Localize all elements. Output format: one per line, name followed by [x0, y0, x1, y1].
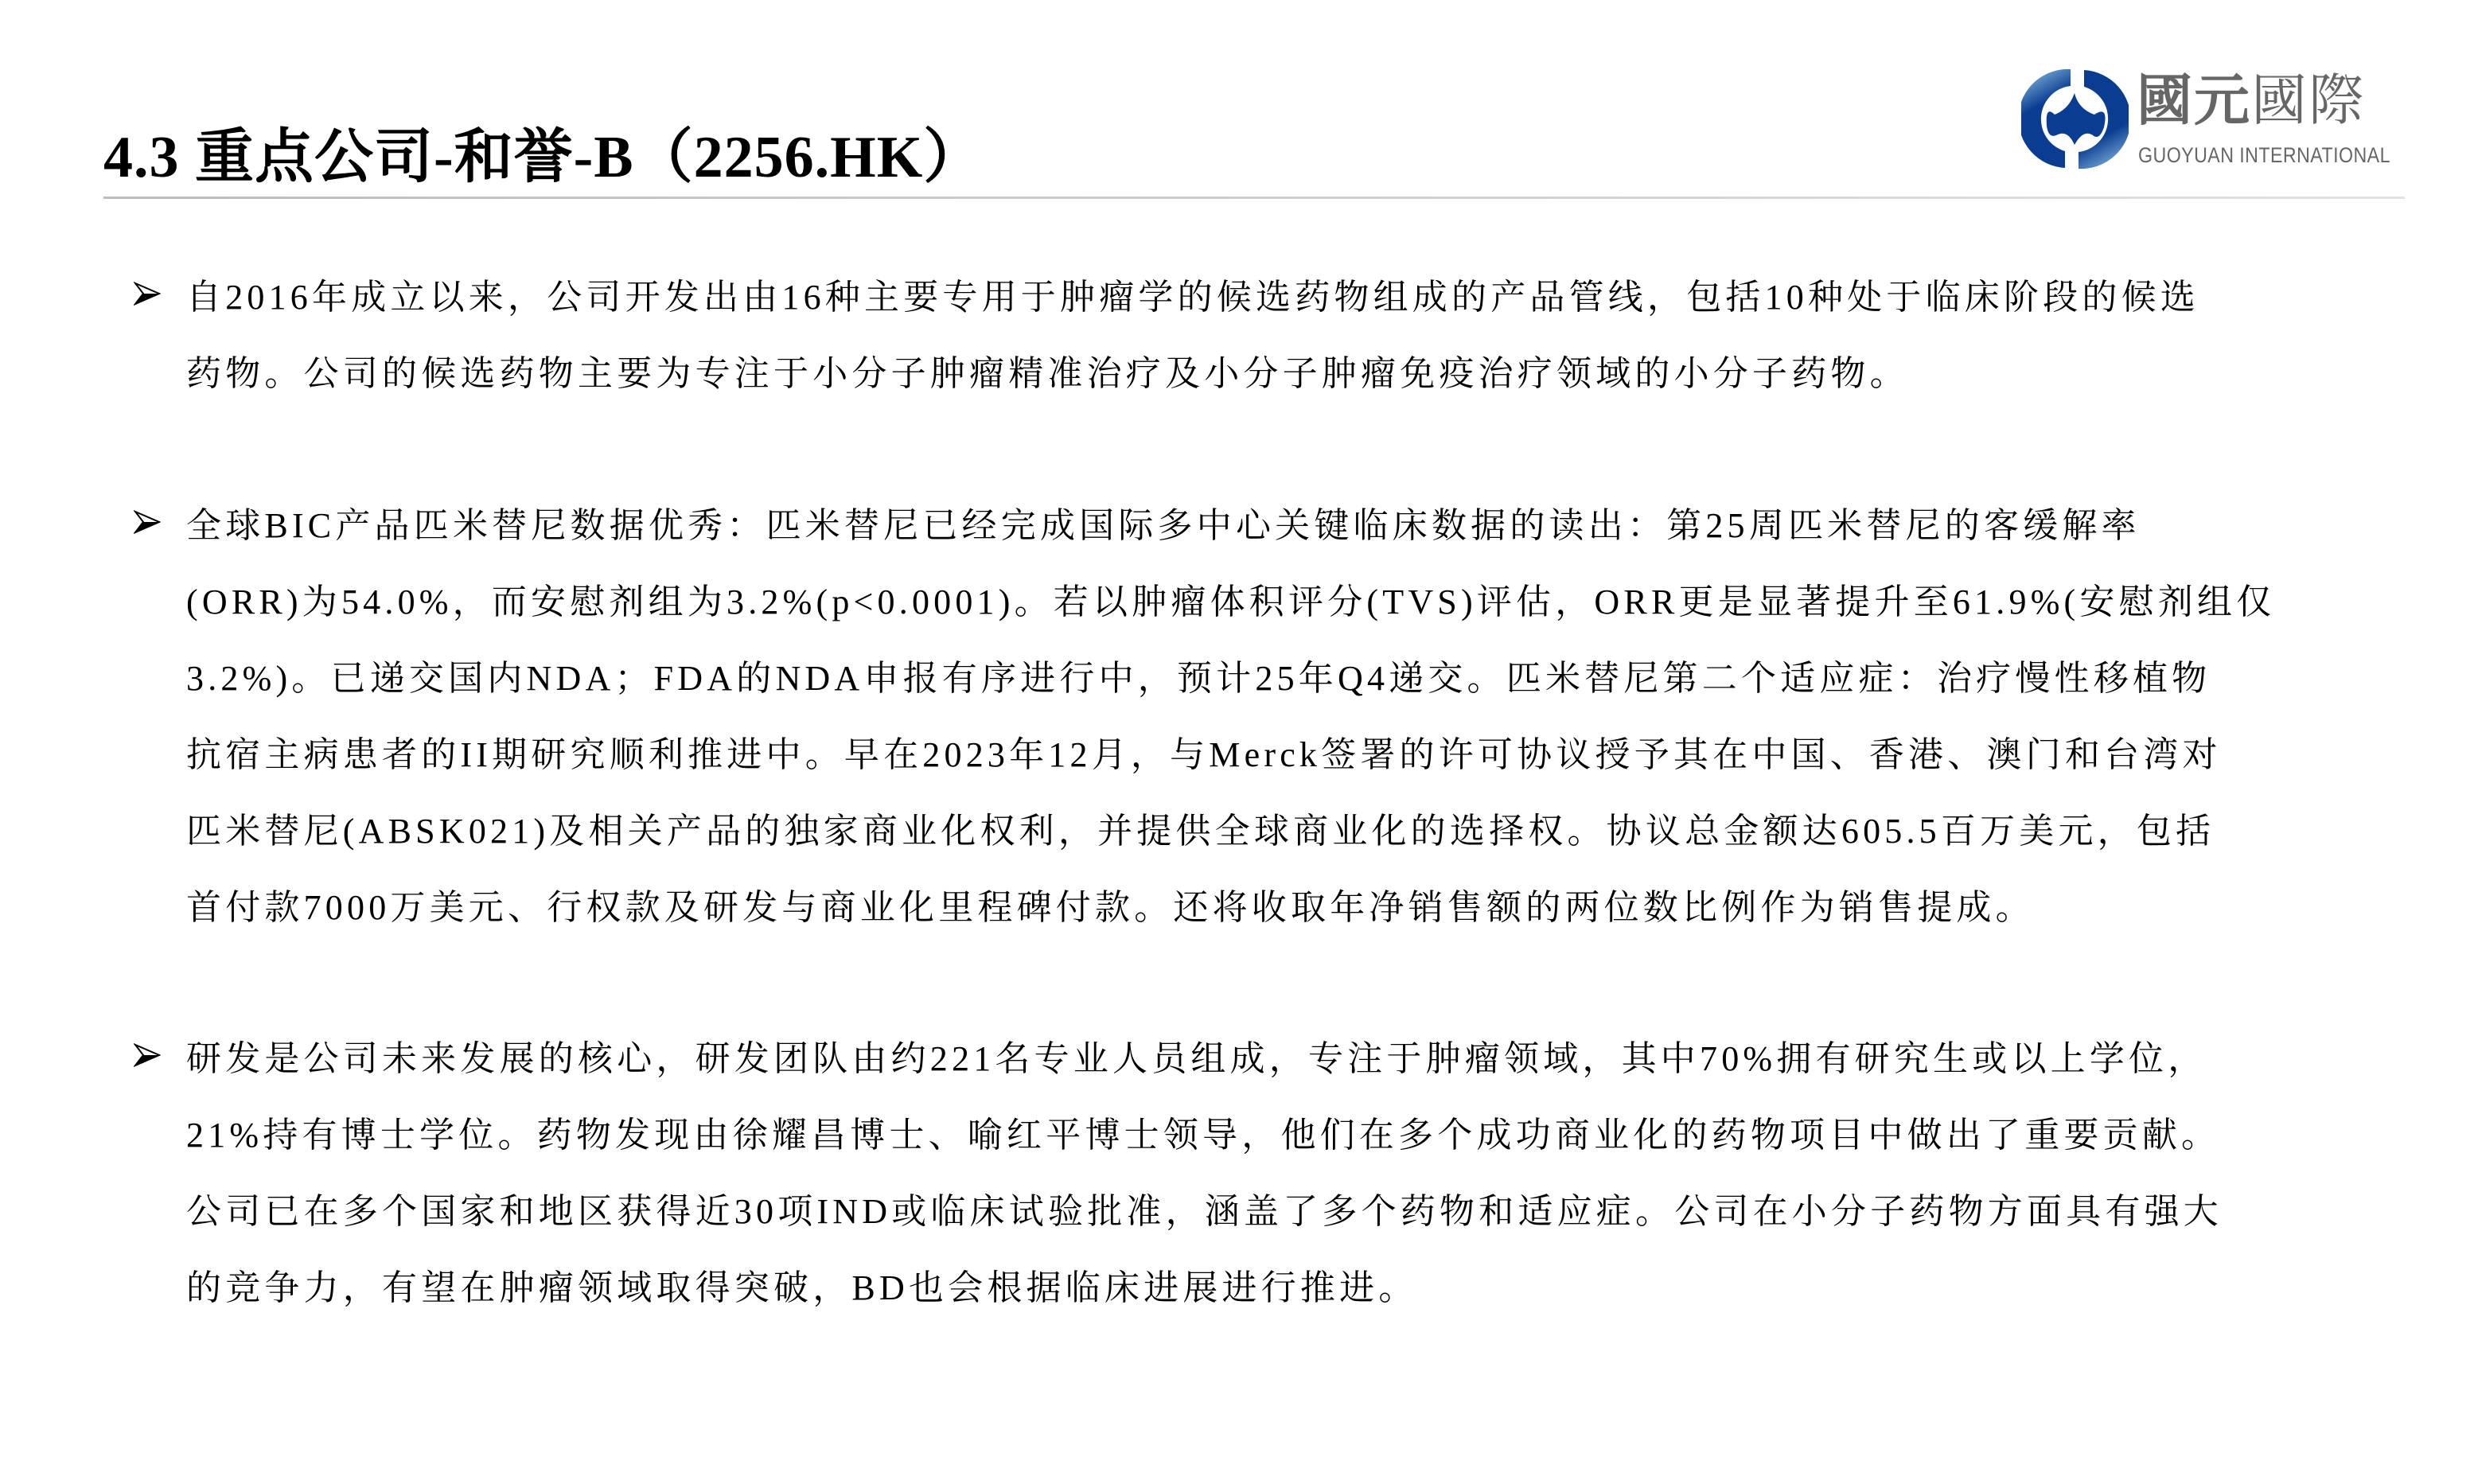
logo-english-name: GUOYUAN INTERNATIONAL	[2138, 143, 2390, 167]
page-title: 4.3 重点公司-和誉-B（2256.HK）	[103, 119, 983, 196]
company-logo: 國元國際 GUOYUAN INTERNATIONAL	[2021, 65, 2411, 177]
title-divider	[103, 197, 2405, 199]
text-line: 抗宿主病患者的II期研究顺利推进中。早在2023年12月，与Merck签署的许可…	[186, 717, 2422, 793]
paragraph-text: 全球BIC产品匹米替尼数据优秀：匹米替尼已经完成国际多中心关键临床数据的读出：第…	[186, 488, 2422, 946]
text-line: 全球BIC产品匹米替尼数据优秀：匹米替尼已经完成国际多中心关键临床数据的读出：第…	[186, 488, 2422, 564]
text-line: 首付款7000万美元、行权款及研发与商业化里程碑付款。还将收取年净销售额的两位数…	[186, 870, 2422, 946]
text-line: 公司已在多个国家和地区获得近30项IND或临床试验批准，涵盖了多个药物和适应症。…	[186, 1174, 2422, 1250]
text-line: 3.2%)。已递交国内NDA；FDA的NDA申报有序进行中，预计25年Q4递交。…	[186, 641, 2422, 717]
text-line: 的竞争力，有望在肿瘤领域取得突破，BD也会根据临床进展进行推进。	[186, 1250, 2422, 1326]
logo-chinese-name: 國元國際	[2137, 72, 2407, 129]
text-line: 研发是公司未来发展的核心，研发团队由约221名专业人员组成，专注于肿瘤领域，其中…	[186, 1021, 2422, 1097]
arrowhead-bullet-icon	[134, 508, 161, 536]
paragraph-text: 研发是公司未来发展的核心，研发团队由约221名专业人员组成，专注于肿瘤领域，其中…	[186, 1021, 2422, 1326]
text-line: 药物。公司的候选药物主要为专注于小分子肿瘤精准治疗及小分子肿瘤免疫治疗领域的小分…	[186, 336, 2422, 412]
logo-cn-light: 國際	[2251, 68, 2366, 133]
guoyuan-logo-mark-icon	[2021, 65, 2129, 173]
logo-cn-bold: 國元	[2137, 68, 2251, 133]
arrowhead-bullet-icon	[134, 280, 161, 307]
text-line: 21%持有博士学位。药物发现由徐耀昌博士、喻红平博士领导，他们在多个成功商业化的…	[186, 1097, 2422, 1174]
text-line: 自2016年成立以来，公司开发出由16种主要专用于肿瘤学的候选药物组成的产品管线…	[186, 259, 2422, 336]
text-line: (ORR)为54.0%，而安慰剂组为3.2%(p<0.0001)。若以肿瘤体积评…	[186, 564, 2422, 641]
paragraph-text: 自2016年成立以来，公司开发出由16种主要专用于肿瘤学的候选药物组成的产品管线…	[186, 259, 2422, 412]
text-line: 匹米替尼(ABSK021)及相关产品的独家商业化权利，并提供全球商业化的选择权。…	[186, 793, 2422, 870]
arrowhead-bullet-icon	[134, 1042, 161, 1069]
